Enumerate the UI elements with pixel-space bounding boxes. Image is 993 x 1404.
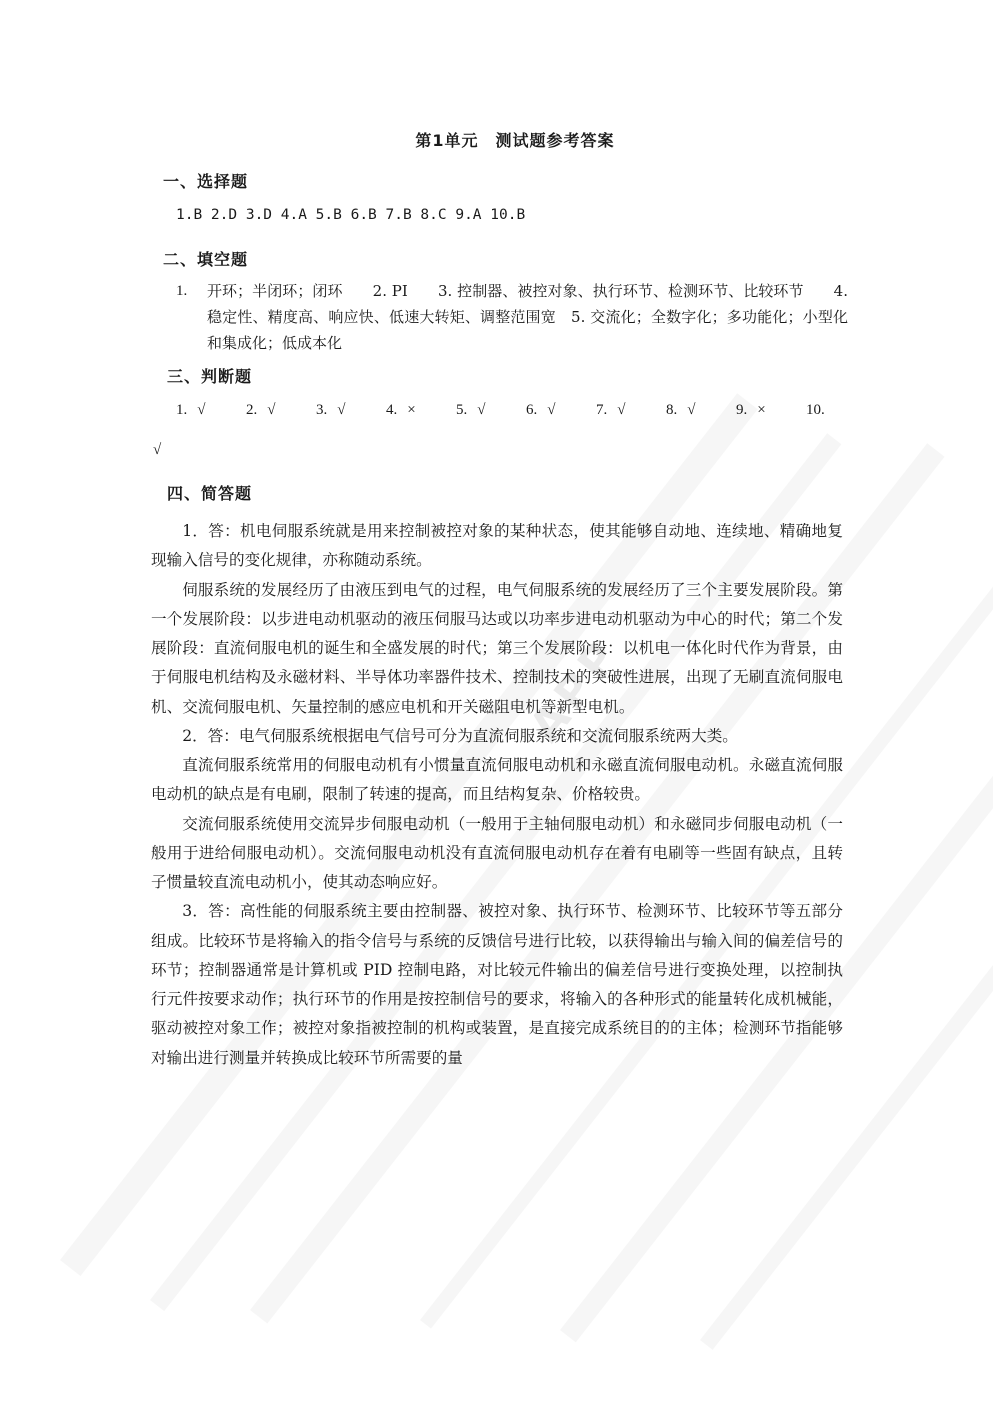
item-number: 3. (316, 402, 327, 418)
section-heading-fill-in: 二、填空题 (163, 247, 248, 270)
multiple-choice-answers: 1.B 2.D 3.D 4.A 5.B 6.B 7.B 8.C 9.A 10.B (176, 207, 525, 223)
item-number: 5. (456, 402, 467, 418)
item-number: 1. (176, 402, 187, 418)
answer-paragraph: 交流伺服系统使用交流异步伺服电动机（一般用于主轴伺服电动机）和永磁同步伺服电动机… (151, 810, 843, 898)
item-number: 2. (246, 402, 257, 418)
check-mark-icon: √ (617, 402, 625, 418)
fill-in-answers: 1. 开环；半闭环；闭环 2. PI 3. 控制器、被控对象、执行环节、检测环节… (176, 278, 848, 356)
section-heading-true-false: 三、判断题 (167, 364, 252, 387)
true-false-item: 9.× (736, 402, 806, 419)
true-false-item: 1.√ (176, 402, 246, 419)
cross-mark-icon: × (757, 402, 765, 418)
item-number: 9. (736, 402, 747, 418)
true-false-item: 3.√ (316, 402, 386, 419)
true-false-item: 2.√ (246, 402, 316, 419)
true-false-item: 6.√ (526, 402, 596, 419)
item-number: 7. (596, 402, 607, 418)
check-mark-icon: √ (547, 402, 555, 418)
true-false-item: 5.√ (456, 402, 526, 419)
item-number: 8. (666, 402, 677, 418)
answer-paragraph: 2．答：电气伺服系统根据电气信号可分为直流伺服系统和交流伺服系统两大类。 (151, 722, 843, 751)
cross-mark-icon: × (407, 402, 415, 418)
check-mark-icon: √ (197, 402, 205, 418)
check-mark-icon: √ (337, 402, 345, 418)
item-number: 10. (806, 402, 825, 418)
answer-paragraph: 1．答：机电伺服系统就是用来控制被控对象的某种状态，使其能够自动地、连续地、精确… (151, 517, 843, 576)
section-heading-short-answer: 四、简答题 (167, 481, 252, 504)
true-false-item: 10. (806, 402, 876, 419)
check-mark-icon: √ (477, 402, 485, 418)
answer-paragraph: 伺服系统的发展经历了由液压到电气的过程，电气伺服系统的发展经历了三个主要发展阶段… (151, 576, 843, 722)
fill-in-number: 1. (176, 278, 187, 304)
check-mark-icon: √ (153, 442, 161, 459)
check-mark-icon: √ (267, 402, 275, 418)
true-false-item: 8.√ (666, 402, 736, 419)
short-answer-body: 1．答：机电伺服系统就是用来控制被控对象的某种状态，使其能够自动地、连续地、精确… (151, 517, 843, 1073)
answer-paragraph: 3．答：高性能的伺服系统主要由控制器、被控对象、执行环节、检测环节、比较环节等五… (151, 897, 843, 1073)
section-heading-multiple-choice: 一、选择题 (163, 169, 248, 192)
item-number: 4. (386, 402, 397, 418)
check-mark-icon: √ (687, 402, 695, 418)
true-false-item: 4.× (386, 402, 456, 419)
page-title: 第1单元 测试题参考答案 (0, 128, 993, 151)
fill-in-text: 开环；半闭环；闭环 2. PI 3. 控制器、被控对象、执行环节、检测环节、比较… (176, 278, 848, 356)
item-number: 6. (526, 402, 537, 418)
true-false-item: 7.√ (596, 402, 666, 419)
answer-paragraph: 直流伺服系统常用的伺服电动机有小惯量直流伺服电动机和永磁直流伺服电动机。永磁直流… (151, 751, 843, 810)
true-false-answers: 1.√ 2.√ 3.√ 4.× 5.√ 6.√ 7.√ 8.√ 9.× 10. (176, 402, 876, 419)
